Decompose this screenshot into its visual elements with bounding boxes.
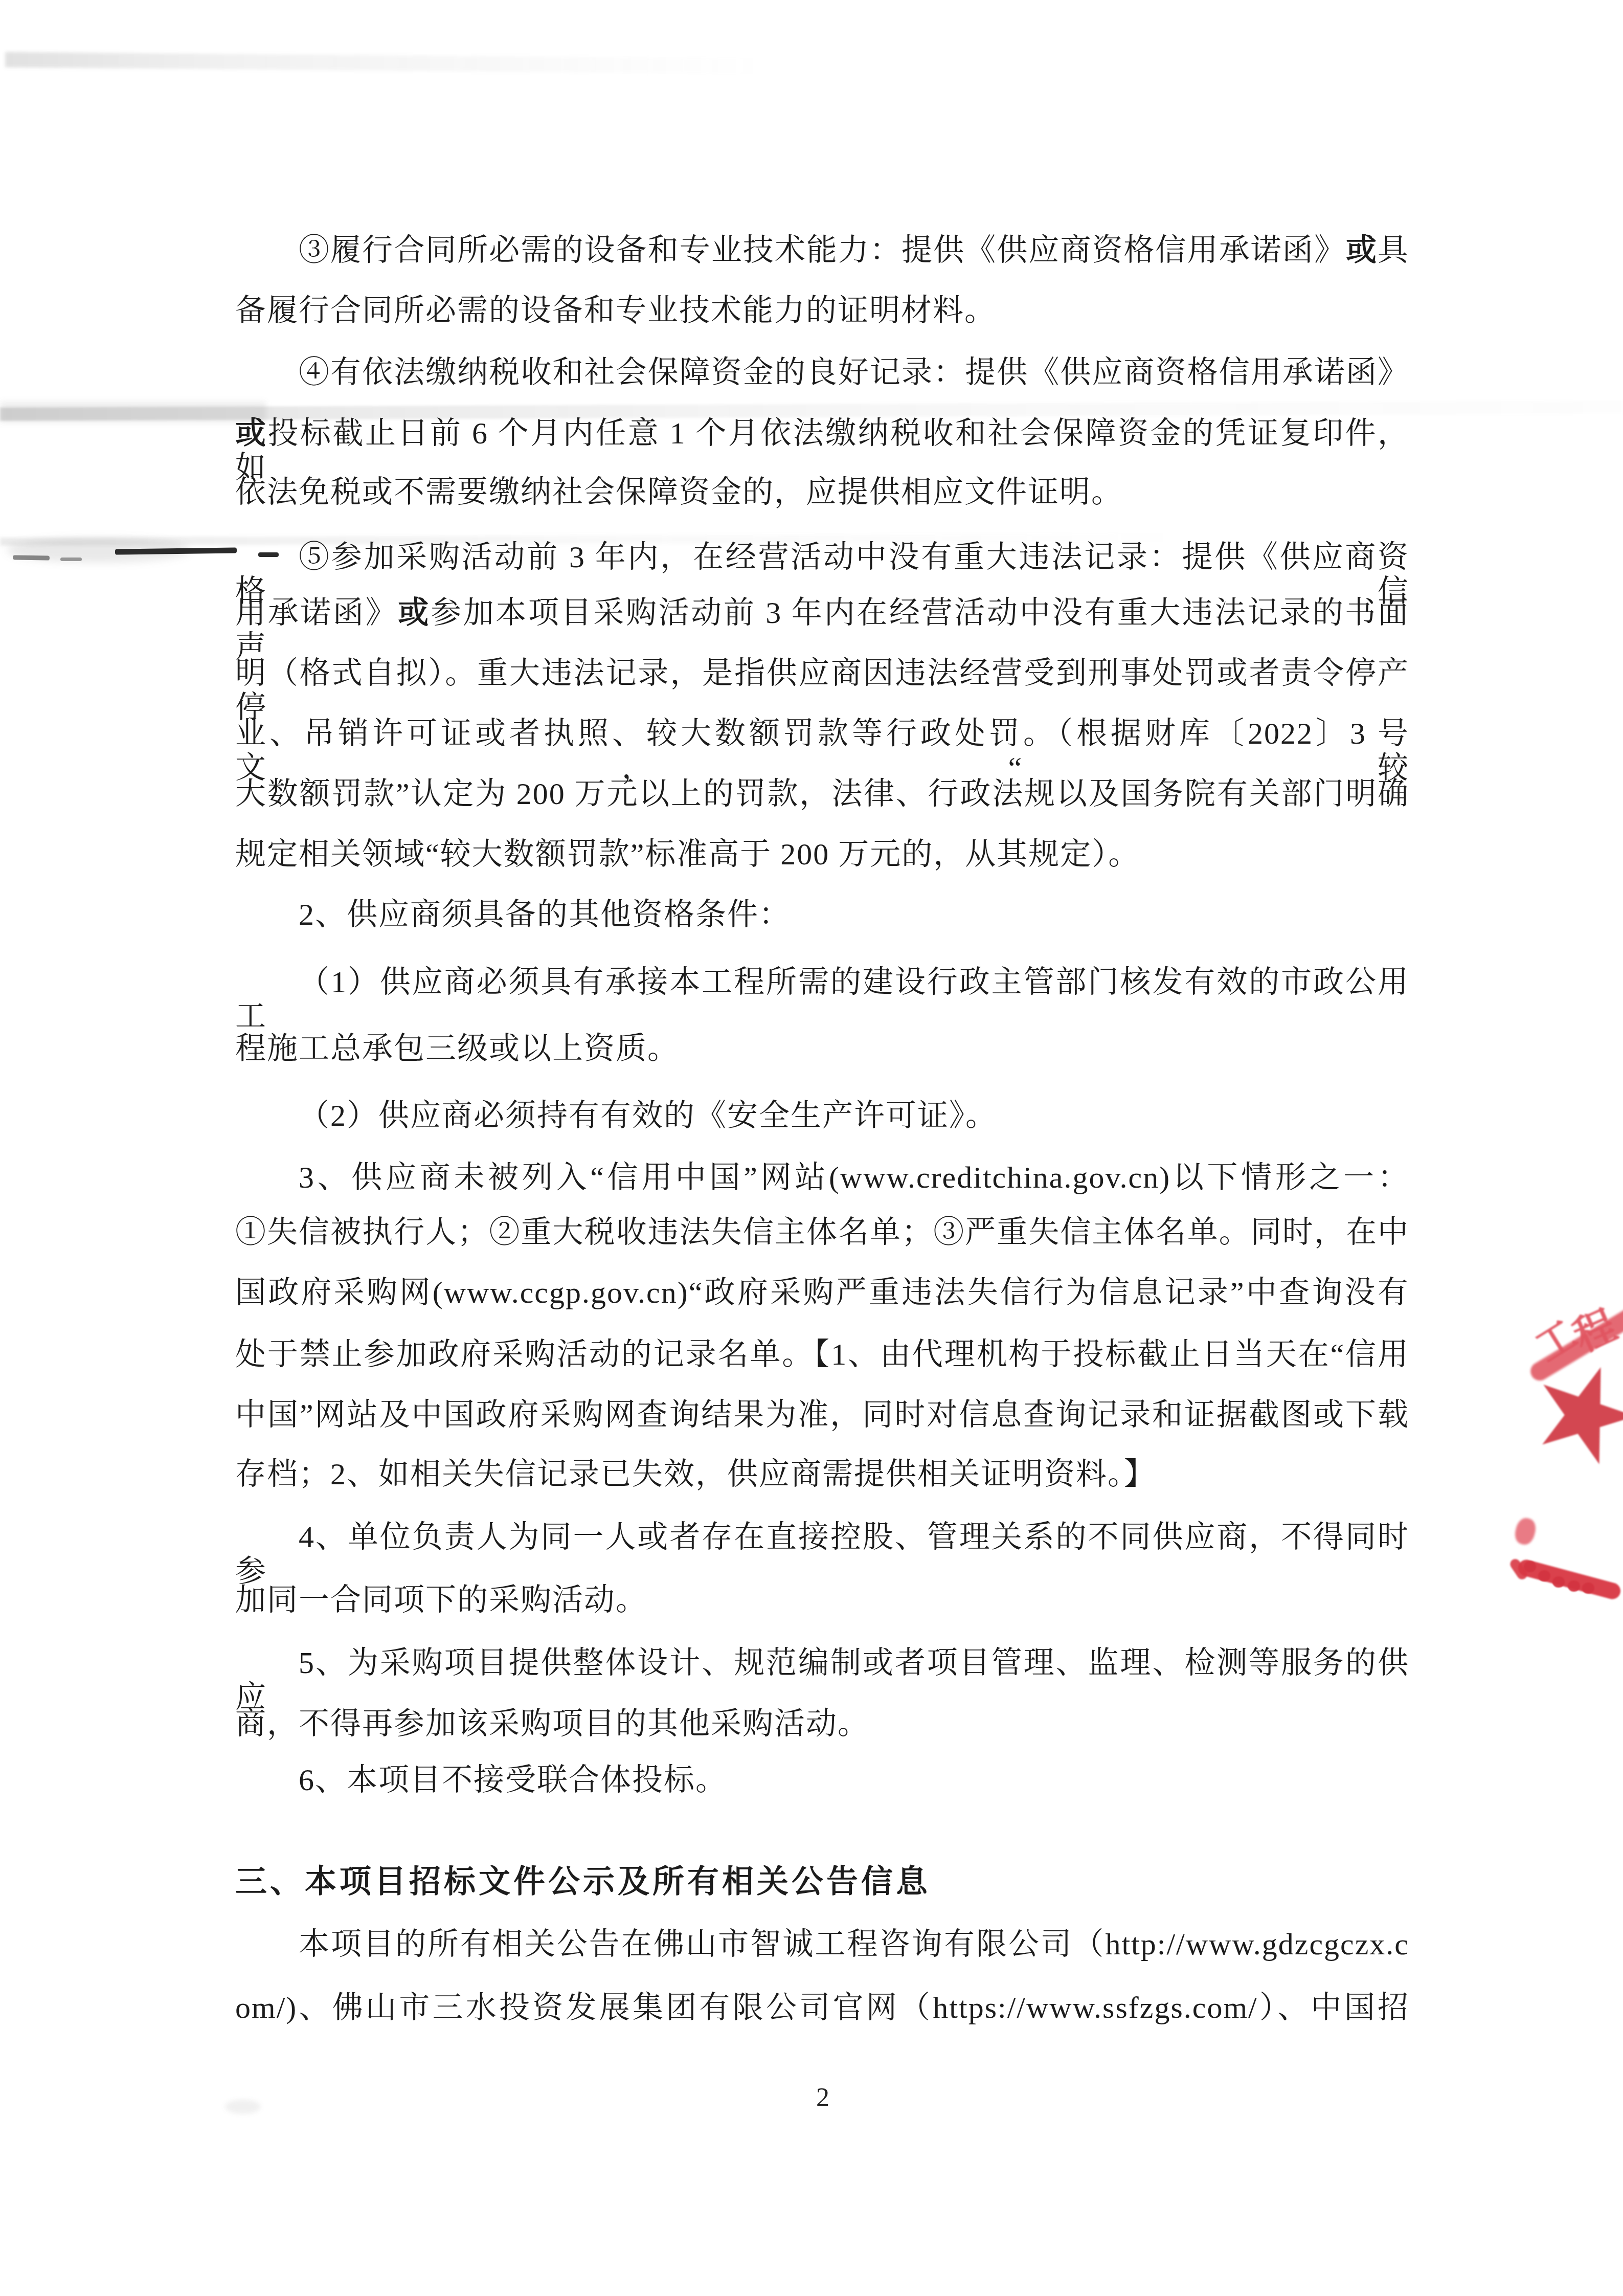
text-segment: 处于禁止参加政府采购活动的记录名单。【1、由代理机构于投标截止日当天在“信用 (235, 1338, 1409, 1371)
seal-dot (1552, 1576, 1565, 1588)
text-line: 加同一合同项下的采购活动。 (235, 1583, 1409, 1617)
text-segment: 存档；2、如相关失信记录已失效，供应商需提供相关证明资料。】 (235, 1457, 1156, 1491)
text-segment: 依法免税或不需要缴纳社会保障资金的，应提供相应文件证明。 (235, 475, 1123, 509)
text-segment: 大数额罚款”认定为 200 万元以上的罚款，法律、行政法规以及国务院有关部门明确 (235, 777, 1409, 811)
text-line: 用承诺函》或参加本项目采购活动前 3 年内在经营活动中没有重大违法记录的书面声 (235, 596, 1409, 664)
text-line: 2、供应商须具备的其他资格条件： (235, 898, 1409, 932)
pen-dash-mark (115, 547, 237, 554)
text-line: ①失信被执行人；②重大税收违法失信主体名单；③严重失信主体名单。同时，在中 (235, 1215, 1409, 1250)
bold-text-segment: 或 (398, 596, 431, 630)
text-line: 依法免税或不需要缴纳社会保障资金的，应提供相应文件证明。 (235, 475, 1409, 509)
text-segment: 用承诺函》 (235, 596, 398, 630)
text-segment: 2、供应商须具备的其他资格条件： (299, 898, 791, 931)
red-seal-stamp: 工 程 ★ (1498, 1268, 1623, 1616)
text-segment: 程施工总承包三级或以上资质。 (235, 1032, 679, 1065)
seal-ink-blob (1513, 1516, 1538, 1547)
text-line: 业、吊销许可证或者执照、较大数额罚款等行政处罚。（根据财库〔2022〕3 号文，… (235, 717, 1409, 785)
seal-dot (1538, 1570, 1550, 1581)
text-line: ③履行合同所必需的设备和专业技术能力：提供《供应商资格信用承诺函》或具 (235, 233, 1409, 268)
seal-character: 程 (1563, 1292, 1623, 1363)
bold-text-segment: 或 (235, 416, 268, 450)
page-number: 2 (11, 2083, 1623, 2113)
text-line: 3、供应商未被列入“信用中国”网站(www.creditchina.gov.cn… (235, 1161, 1409, 1195)
text-line: 5、为采购项目提供整体设计、规范编制或者项目管理、监理、检测等服务的供应 (235, 1646, 1409, 1714)
text-segment: om/)、佛山市三水投资发展集团有限公司官网（https://www.ssfzg… (235, 1991, 1409, 2024)
text-segment: 中国”网站及中国政府采购网查询结果为准，同时对信息查询记录和证据截图或下载 (235, 1398, 1409, 1432)
text-segment: 明（格式自拟）。重大违法记录，是指供应商因违法经营受到刑事处罚或者责令停产停 (235, 656, 1409, 724)
seal-dot (1524, 1561, 1536, 1572)
text-line: 大数额罚款”认定为 200 万元以上的罚款，法律、行政法规以及国务院有关部门明确 (235, 777, 1409, 811)
text-segment: 商，不得再参加该采购项目的其他采购活动。 (235, 1707, 869, 1741)
seal-dot (1568, 1580, 1580, 1592)
text-segment: 6、本项目不接受联合体投标。 (299, 1763, 727, 1797)
text-segment: ④有依法缴纳税收和社会保障资金的良好记录：提供《供应商资格信用承诺函》 (299, 355, 1409, 389)
scanned-document-page: ③履行合同所必需的设备和专业技术能力：提供《供应商资格信用承诺函》或具备履行合同… (0, 0, 1623, 2296)
text-segment: 业、吊销许可证或者执照、较大数额罚款等行政处罚。（根据财库〔2022〕3 号文，… (235, 717, 1409, 785)
scan-streak-band-1-dark (0, 402, 266, 422)
pen-dash-mark (13, 555, 50, 560)
seal-arc-segment (1516, 1558, 1622, 1601)
seal-arc-segment (1527, 1302, 1623, 1384)
text-segment: 本项目的所有相关公告在佛山市智诚工程咨询有限公司（http://www.gdzc… (299, 1927, 1409, 1961)
text-segment: 3、供应商未被列入“信用中国”网站(www.creditchina.gov.cn… (299, 1161, 1409, 1194)
text-line: 备履行合同所必需的设备和专业技术能力的证明材料。 (235, 294, 1409, 328)
text-line: 4、单位负责人为同一人或者存在直接控股、管理关系的不同供应商，不得同时参 (235, 1520, 1409, 1589)
seal-dot (1582, 1582, 1594, 1594)
seal-character: 工 (1523, 1304, 1586, 1372)
text-segment: 加同一合同项下的采购活动。 (235, 1583, 647, 1617)
text-line: ④有依法缴纳税收和社会保障资金的良好记录：提供《供应商资格信用承诺函》 (235, 355, 1409, 390)
text-segment: ①失信被执行人；②重大税收违法失信主体名单；③严重失信主体名单。同时，在中 (235, 1215, 1409, 1249)
text-segment: 4、单位负责人为同一人或者存在直接控股、管理关系的不同供应商，不得同时参 (235, 1520, 1409, 1588)
seal-arc-segment (1508, 1557, 1529, 1581)
text-line: 处于禁止参加政府采购活动的记录名单。【1、由代理机构于投标截止日当天在“信用 (235, 1338, 1409, 1372)
scan-streak-top (5, 52, 762, 74)
text-line: 国政府采购网(www.ccgp.gov.cn)“政府采购严重违法失信行为信息记录… (235, 1276, 1409, 1310)
text-line: 存档；2、如相关失信记录已失效，供应商需提供相关证明资料。】 (235, 1457, 1409, 1491)
text-segment: （1）供应商必须具有承接本工程所需的建设行政主管部门核发有效的市政公用工 (235, 965, 1409, 1033)
text-line: om/)、佛山市三水投资发展集团有限公司官网（https://www.ssfzg… (235, 1991, 1409, 2025)
text-segment: 国政府采购网(www.ccgp.gov.cn)“政府采购严重违法失信行为信息记录… (235, 1276, 1409, 1309)
text-line: 规定相关领域“较大数额罚款”标准高于 200 万元的，从其规定）。 (235, 837, 1409, 872)
text-line: 中国”网站及中国政府采购网查询结果为准，同时对信息查询记录和证据截图或下载 (235, 1398, 1409, 1432)
section-heading: 三、本项目招标文件公示及所有相关公告信息 (235, 1864, 1409, 1900)
text-segment: 具 (1378, 233, 1409, 267)
text-segment: （2）供应商必须持有有效的《安全生产许可证》。 (299, 1099, 997, 1132)
text-line: （1）供应商必须具有承接本工程所需的建设行政主管部门核发有效的市政公用工 (235, 965, 1409, 1034)
text-segment: 5、为采购项目提供整体设计、规范编制或者项目管理、监理、检测等服务的供应 (235, 1646, 1409, 1714)
text-segment: 备履行合同所必需的设备和专业技术能力的证明材料。 (235, 294, 996, 327)
text-segment: ③履行合同所必需的设备和专业技术能力：提供《供应商资格信用承诺函》 (299, 233, 1346, 267)
text-segment: 投标截止日前 6 个月内任意 1 个月依法缴纳税收和社会保障资金的凭证复印件，如 (235, 416, 1409, 484)
text-line: 6、本项目不接受联合体投标。 (235, 1763, 1409, 1797)
text-segment: 三、本项目招标文件公示及所有相关公告信息 (235, 1864, 931, 1900)
text-line: （2）供应商必须持有有效的《安全生产许可证》。 (235, 1099, 1409, 1133)
bold-text-segment: 或 (1346, 233, 1378, 267)
text-line: 程施工总承包三级或以上资质。 (235, 1032, 1409, 1066)
seal-star-icon: ★ (1511, 1335, 1623, 1492)
text-line: 商，不得再参加该采购项目的其他采购活动。 (235, 1707, 1409, 1741)
text-line: 明（格式自拟）。重大违法记录，是指供应商因违法经营受到刑事处罚或者责令停产停 (235, 656, 1409, 725)
text-segment: 规定相关领域“较大数额罚款”标准高于 200 万元的，从其规定）。 (235, 837, 1140, 871)
pen-dash-mark (60, 558, 82, 561)
text-line: 本项目的所有相关公告在佛山市智诚工程咨询有限公司（http://www.gdzc… (235, 1927, 1409, 1961)
